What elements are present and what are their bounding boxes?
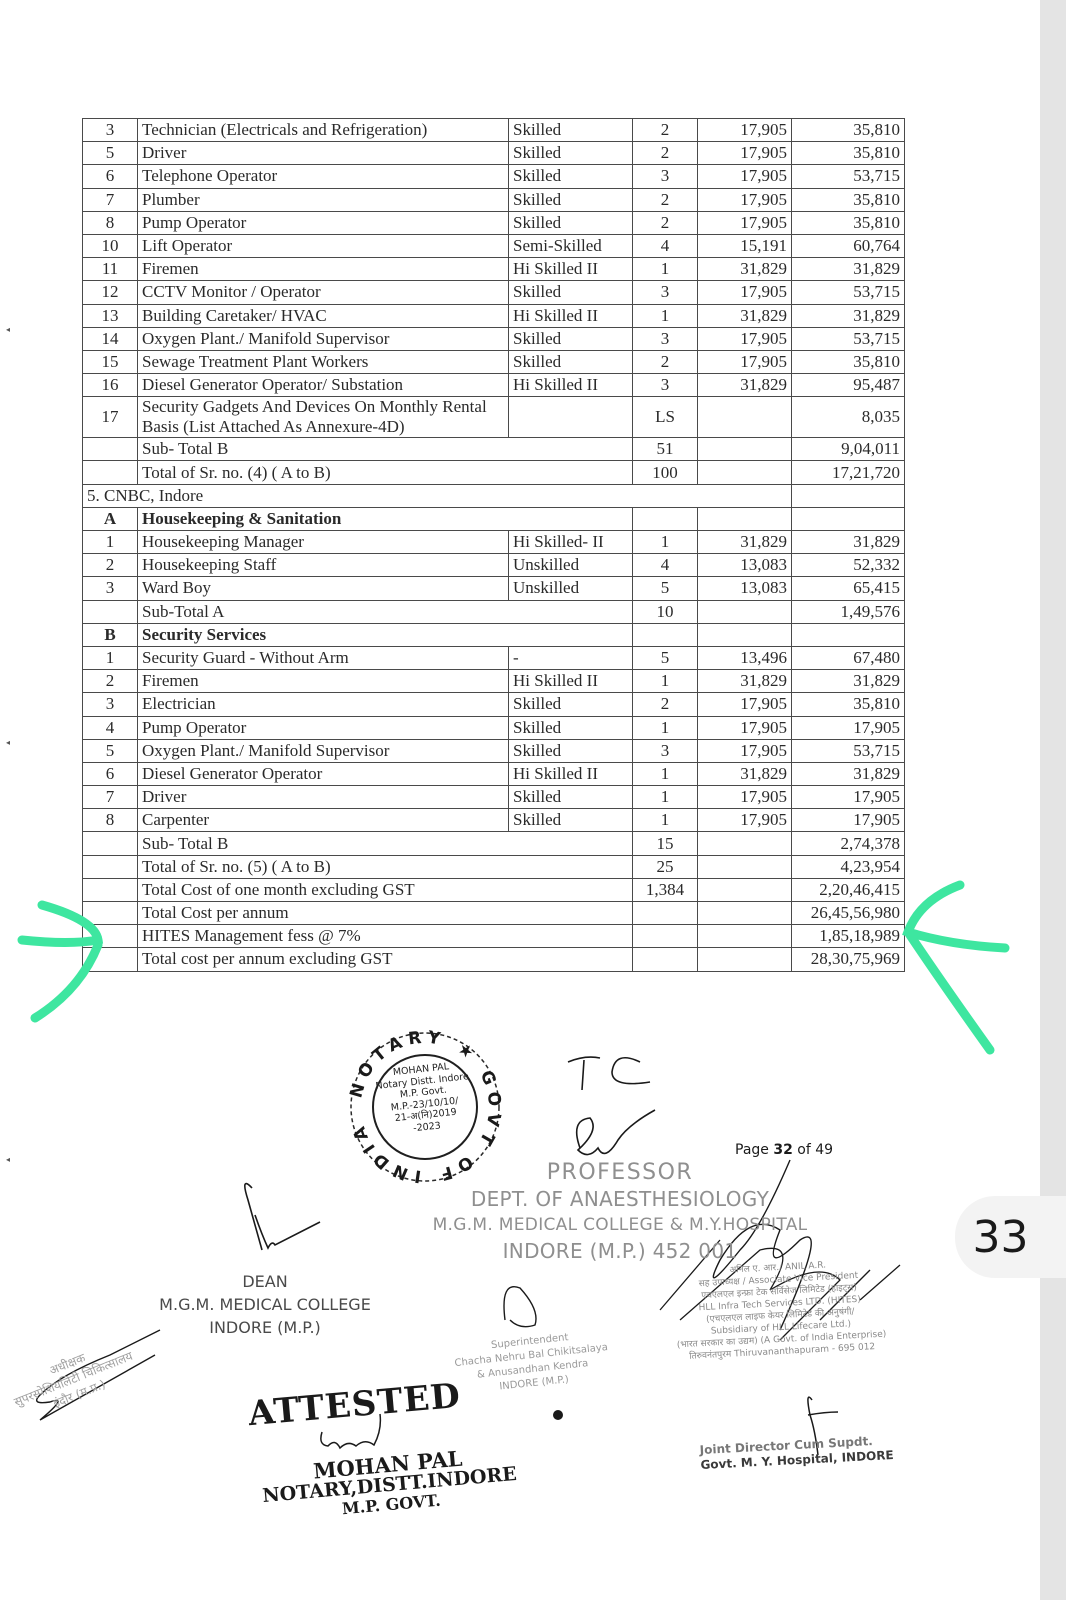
superintendent-stamp: Superintendent Chacha Nehru Bal Chikitsa…: [452, 1327, 611, 1399]
amount-cell: 53,715: [792, 165, 905, 188]
rate-cell: 17,905: [698, 350, 792, 373]
category-cell: Skilled: [509, 693, 633, 716]
amount-cell: 60,764: [792, 234, 905, 257]
description-cell: Pump Operator: [138, 716, 509, 739]
total-amount: 1,49,576: [792, 600, 905, 623]
amount-cell: 35,810: [792, 142, 905, 165]
amount-cell: 35,810: [792, 119, 905, 142]
total-row: Total Cost per annum26,45,56,980: [83, 902, 905, 925]
sr-cell: [83, 855, 138, 878]
total-amount: 17,21,720: [792, 461, 905, 484]
category-cell: Skilled: [509, 142, 633, 165]
category-cell: Semi-Skilled: [509, 234, 633, 257]
sr-cell: 12: [83, 281, 138, 304]
total-row: Sub- Total B519,04,011: [83, 438, 905, 461]
description-cell: Diesel Generator Operator: [138, 762, 509, 785]
sr-cell: 5: [83, 739, 138, 762]
total-label: HITES Management fess @ 7%: [138, 925, 633, 948]
sr-cell: 6: [83, 762, 138, 785]
description-cell: Ward Boy: [138, 577, 509, 600]
quantity-cell: 4: [633, 234, 698, 257]
table-row: 6Diesel Generator OperatorHi Skilled II1…: [83, 762, 905, 785]
amount-cell: 17,905: [792, 716, 905, 739]
sr-cell: [83, 600, 138, 623]
rate-cell: 17,905: [698, 716, 792, 739]
margin-marker: ◂: [6, 325, 10, 334]
sr-cell: 13: [83, 304, 138, 327]
sr-cell: 17: [83, 397, 138, 438]
total-row: HITES Management fess @ 7%1,85,18,989: [83, 925, 905, 948]
sr-cell: 14: [83, 327, 138, 350]
sr-cell: 8: [83, 211, 138, 234]
description-cell: Telephone Operator: [138, 165, 509, 188]
table-row: 3Technician (Electricals and Refrigerati…: [83, 119, 905, 142]
group-title: Housekeeping & Sanitation: [138, 507, 633, 530]
rate-cell: [698, 855, 792, 878]
amount-cell: 67,480: [792, 646, 905, 669]
total-qty: [633, 902, 698, 925]
table-row: 4Pump OperatorSkilled117,90517,905: [83, 716, 905, 739]
rate-cell: 17,905: [698, 786, 792, 809]
sr-cell: [83, 461, 138, 484]
margin-marker: ◂: [6, 1155, 10, 1164]
sr-cell: 3: [83, 693, 138, 716]
group-header-row: BSecurity Services: [83, 623, 905, 646]
total-qty: 15: [633, 832, 698, 855]
hites-stamp: अनिल ए. आर./ ANIL A.R. सह उपाध्यक्ष / As…: [648, 1255, 913, 1364]
description-cell: Electrician: [138, 693, 509, 716]
category-cell: Skilled: [509, 350, 633, 373]
table-row: 5DriverSkilled217,90535,810: [83, 142, 905, 165]
total-amount: 1,85,18,989: [792, 925, 905, 948]
sr-cell: 15: [83, 350, 138, 373]
professor-stamp: PROFESSOR DEPT. OF ANAESTHESIOLOGY M.G.M…: [430, 1160, 810, 1264]
description-cell: Firemen: [138, 670, 509, 693]
quantity-cell: 1: [633, 809, 698, 832]
quantity-cell: 3: [633, 165, 698, 188]
sr-cell: 7: [83, 188, 138, 211]
category-cell: Hi Skilled II: [509, 258, 633, 281]
total-amount: 2,20,46,415: [792, 878, 905, 901]
table-row: 7DriverSkilled117,90517,905: [83, 786, 905, 809]
section-title: 5. CNBC, Indore: [83, 484, 792, 507]
total-amount: 2,74,378: [792, 832, 905, 855]
total-label: Sub- Total B: [138, 832, 633, 855]
quantity-cell: 5: [633, 646, 698, 669]
sr-cell: 2: [83, 554, 138, 577]
sr-cell: 7: [83, 786, 138, 809]
rate-cell: 13,083: [698, 554, 792, 577]
document-page: 3Technician (Electricals and Refrigerati…: [0, 0, 1040, 1600]
total-label: Sub-Total A: [138, 600, 633, 623]
rate-cell: 31,829: [698, 670, 792, 693]
rate-cell: 17,905: [698, 211, 792, 234]
rate-cell: [698, 925, 792, 948]
amount-cell: 95,487: [792, 374, 905, 397]
quantity-cell: 1: [633, 531, 698, 554]
total-row: Sub- Total B152,74,378: [83, 832, 905, 855]
quantity-cell: 3: [633, 327, 698, 350]
rate-cell: 31,829: [698, 531, 792, 554]
amount-cell: 17,905: [792, 809, 905, 832]
quantity-cell: 2: [633, 693, 698, 716]
myh-hospital-stamp: Joint Director Cum Supdt. Govt. M. Y. Ho…: [699, 1433, 894, 1473]
rate-cell: [698, 902, 792, 925]
quantity-cell: 2: [633, 142, 698, 165]
rate-cell: 17,905: [698, 327, 792, 350]
rate-cell: 31,829: [698, 258, 792, 281]
sr-cell: 1: [83, 646, 138, 669]
description-cell: Pump Operator: [138, 211, 509, 234]
amount-cell: 52,332: [792, 554, 905, 577]
quantity-cell: 2: [633, 188, 698, 211]
total-qty: 100: [633, 461, 698, 484]
quantity-cell: 2: [633, 350, 698, 373]
total-label: Total cost per annum excluding GST: [138, 948, 633, 971]
total-qty: 51: [633, 438, 698, 461]
quantity-cell: 1: [633, 670, 698, 693]
category-cell: Skilled: [509, 739, 633, 762]
rate-cell: 13,496: [698, 646, 792, 669]
table-row: 2FiremenHi Skilled II131,82931,829: [83, 670, 905, 693]
sr-cell: [83, 925, 138, 948]
table-row: 16Diesel Generator Operator/ SubstationH…: [83, 374, 905, 397]
rate-cell: 17,905: [698, 188, 792, 211]
rate-cell: 17,905: [698, 142, 792, 165]
category-cell: -: [509, 646, 633, 669]
sr-cell: 1: [83, 531, 138, 554]
sr-cell: 3: [83, 119, 138, 142]
rate-cell: 13,083: [698, 577, 792, 600]
description-cell: Plumber: [138, 188, 509, 211]
rate-cell: [698, 878, 792, 901]
table-row: 3ElectricianSkilled217,90535,810: [83, 693, 905, 716]
rate-cell: 17,905: [698, 739, 792, 762]
rate-cell: 31,829: [698, 762, 792, 785]
notary-name-stamp: MOHAN PAL NOTARY,DISTT.INDORE M.P. GOVT.: [260, 1444, 519, 1526]
rate-cell: 15,191: [698, 234, 792, 257]
sr-cell: 3: [83, 577, 138, 600]
rate-cell: [698, 438, 792, 461]
hindi-superintendent-stamp: अधीक्षक सुपरस्पेशियलिटी चिकित्सालय इंदौर…: [6, 1333, 141, 1425]
cost-table: 3Technician (Electricals and Refrigerati…: [82, 118, 905, 972]
category-cell: Hi Skilled II: [509, 374, 633, 397]
table-row: 10Lift OperatorSemi-Skilled415,19160,764: [83, 234, 905, 257]
category-cell: Hi Skilled II: [509, 762, 633, 785]
sr-cell: 11: [83, 258, 138, 281]
table-row: 12CCTV Monitor / OperatorSkilled317,9055…: [83, 281, 905, 304]
rate-cell: 17,905: [698, 165, 792, 188]
amount-cell: 53,715: [792, 281, 905, 304]
quantity-cell: 5: [633, 577, 698, 600]
amount-cell: 53,715: [792, 739, 905, 762]
group-header-row: AHousekeeping & Sanitation: [83, 507, 905, 530]
sr-cell: 2: [83, 670, 138, 693]
scrollbar-track[interactable]: [1040, 0, 1066, 1600]
rate-cell: 31,829: [698, 374, 792, 397]
quantity-cell: 2: [633, 211, 698, 234]
margin-marker: ◂: [6, 738, 10, 747]
description-cell: Oxygen Plant./ Manifold Supervisor: [138, 739, 509, 762]
sr-cell: 10: [83, 234, 138, 257]
rate-cell: [698, 397, 792, 438]
category-cell: Skilled: [509, 809, 633, 832]
total-amount: 9,04,011: [792, 438, 905, 461]
sr-cell: [83, 438, 138, 461]
quantity-cell: 1: [633, 716, 698, 739]
rate-cell: 17,905: [698, 119, 792, 142]
table-row: 2Housekeeping StaffUnskilled413,08352,33…: [83, 554, 905, 577]
table-row: 3Ward BoyUnskilled513,08365,415: [83, 577, 905, 600]
page-indicator-badge: 33: [955, 1196, 1066, 1278]
amount-cell: 31,829: [792, 258, 905, 281]
sr-cell: [83, 948, 138, 971]
total-label: Total Cost per annum: [138, 902, 633, 925]
amount-cell: 8,035: [792, 397, 905, 438]
description-cell: Security Gadgets And Devices On Monthly …: [138, 397, 509, 438]
table-row: 7PlumberSkilled217,90535,810: [83, 188, 905, 211]
table-row: 6Telephone OperatorSkilled317,90553,715: [83, 165, 905, 188]
description-cell: Housekeeping Staff: [138, 554, 509, 577]
description-cell: Diesel Generator Operator/ Substation: [138, 374, 509, 397]
category-cell: Skilled: [509, 165, 633, 188]
amount-cell: 31,829: [792, 762, 905, 785]
category-cell: Hi Skilled II: [509, 670, 633, 693]
description-cell: Security Guard - Without Arm: [138, 646, 509, 669]
quantity-cell: 1: [633, 304, 698, 327]
total-amount: 4,23,954: [792, 855, 905, 878]
category-cell: Skilled: [509, 211, 633, 234]
amount-cell: 31,829: [792, 304, 905, 327]
table-row: 1Housekeeping ManagerHi Skilled- II131,8…: [83, 531, 905, 554]
category-cell: Skilled: [509, 716, 633, 739]
total-qty: [633, 925, 698, 948]
table-row: 5Oxygen Plant./ Manifold SupervisorSkill…: [83, 739, 905, 762]
rate-cell: [698, 461, 792, 484]
quantity-cell: 4: [633, 554, 698, 577]
rate-cell: 17,905: [698, 809, 792, 832]
description-cell: Driver: [138, 786, 509, 809]
sr-cell: [83, 832, 138, 855]
quantity-cell: 1: [633, 762, 698, 785]
amount-cell: 65,415: [792, 577, 905, 600]
page-number-label: Page 32 of 49: [735, 1142, 833, 1158]
description-cell: Carpenter: [138, 809, 509, 832]
description-cell: Firemen: [138, 258, 509, 281]
category-cell: Skilled: [509, 327, 633, 350]
total-label: Total Cost of one month excluding GST: [138, 878, 633, 901]
description-cell: Driver: [138, 142, 509, 165]
description-cell: Technician (Electricals and Refrigeratio…: [138, 119, 509, 142]
dean-stamp: DEAN M.G.M. MEDICAL COLLEGE INDORE (M.P.…: [150, 1270, 380, 1339]
rate-cell: [698, 832, 792, 855]
total-qty: 25: [633, 855, 698, 878]
category-cell: Unskilled: [509, 577, 633, 600]
description-cell: Oxygen Plant./ Manifold Supervisor: [138, 327, 509, 350]
total-row: Sub-Total A101,49,576: [83, 600, 905, 623]
table-row: 13Building Caretaker/ HVACHi Skilled II1…: [83, 304, 905, 327]
group-letter: B: [83, 623, 138, 646]
total-amount: 28,30,75,969: [792, 948, 905, 971]
amount-cell: 31,829: [792, 670, 905, 693]
description-cell: CCTV Monitor / Operator: [138, 281, 509, 304]
category-cell: Skilled: [509, 786, 633, 809]
quantity-cell: 1: [633, 258, 698, 281]
sr-cell: 4: [83, 716, 138, 739]
sr-cell: 16: [83, 374, 138, 397]
amount-cell: 31,829: [792, 531, 905, 554]
category-cell: [509, 397, 633, 438]
table-row: 8CarpenterSkilled117,90517,905: [83, 809, 905, 832]
amount-cell: 17,905: [792, 786, 905, 809]
category-cell: Hi Skilled II: [509, 304, 633, 327]
table-row: 1Security Guard - Without Arm-513,49667,…: [83, 646, 905, 669]
description-cell: Housekeeping Manager: [138, 531, 509, 554]
amount-cell: 35,810: [792, 188, 905, 211]
group-letter: A: [83, 507, 138, 530]
rate-cell: [698, 948, 792, 971]
total-row: Total cost per annum excluding GST28,30,…: [83, 948, 905, 971]
quantity-cell: LS: [633, 397, 698, 438]
table-row: 17Security Gadgets And Devices On Monthl…: [83, 397, 905, 438]
rate-cell: 17,905: [698, 693, 792, 716]
total-qty: 10: [633, 600, 698, 623]
total-qty: 1,384: [633, 878, 698, 901]
rate-cell: 17,905: [698, 281, 792, 304]
category-cell: Unskilled: [509, 554, 633, 577]
section-header-row: 5. CNBC, Indore: [83, 484, 905, 507]
sr-cell: 6: [83, 165, 138, 188]
table-row: 8Pump OperatorSkilled217,90535,810: [83, 211, 905, 234]
rate-cell: [698, 600, 792, 623]
sr-cell: 8: [83, 809, 138, 832]
sr-cell: [83, 878, 138, 901]
amount-cell: 35,810: [792, 350, 905, 373]
total-amount: 26,45,56,980: [792, 902, 905, 925]
table-row: 11FiremenHi Skilled II131,82931,829: [83, 258, 905, 281]
table-row: 15Sewage Treatment Plant WorkersSkilled2…: [83, 350, 905, 373]
attested-stamp: ATTESTED: [247, 1376, 463, 1434]
quantity-cell: 3: [633, 281, 698, 304]
total-row: Total of Sr. no. (5) ( A to B)254,23,954: [83, 855, 905, 878]
category-cell: Hi Skilled- II: [509, 531, 633, 554]
group-title: Security Services: [138, 623, 633, 646]
quantity-cell: 3: [633, 374, 698, 397]
total-label: Sub- Total B: [138, 438, 633, 461]
total-row: Total Cost of one month excluding GST1,3…: [83, 878, 905, 901]
sr-cell: 5: [83, 142, 138, 165]
quantity-cell: 2: [633, 119, 698, 142]
category-cell: Skilled: [509, 281, 633, 304]
description-cell: Sewage Treatment Plant Workers: [138, 350, 509, 373]
total-qty: [633, 948, 698, 971]
table-row: 14Oxygen Plant./ Manifold SupervisorSkil…: [83, 327, 905, 350]
category-cell: Skilled: [509, 188, 633, 211]
total-row: Total of Sr. no. (4) ( A to B)10017,21,7…: [83, 461, 905, 484]
category-cell: Skilled: [509, 119, 633, 142]
quantity-cell: 1: [633, 786, 698, 809]
sr-cell: [83, 902, 138, 925]
amount-cell: 35,810: [792, 211, 905, 234]
amount-cell: 35,810: [792, 693, 905, 716]
notary-seal-text: MOHAN PAL Notary Distt. Indore M.P. Govt…: [365, 1058, 484, 1138]
total-label: Total of Sr. no. (4) ( A to B): [138, 461, 633, 484]
description-cell: Building Caretaker/ HVAC: [138, 304, 509, 327]
total-label: Total of Sr. no. (5) ( A to B): [138, 855, 633, 878]
rate-cell: 31,829: [698, 304, 792, 327]
quantity-cell: 3: [633, 739, 698, 762]
description-cell: Lift Operator: [138, 234, 509, 257]
amount-cell: 53,715: [792, 327, 905, 350]
